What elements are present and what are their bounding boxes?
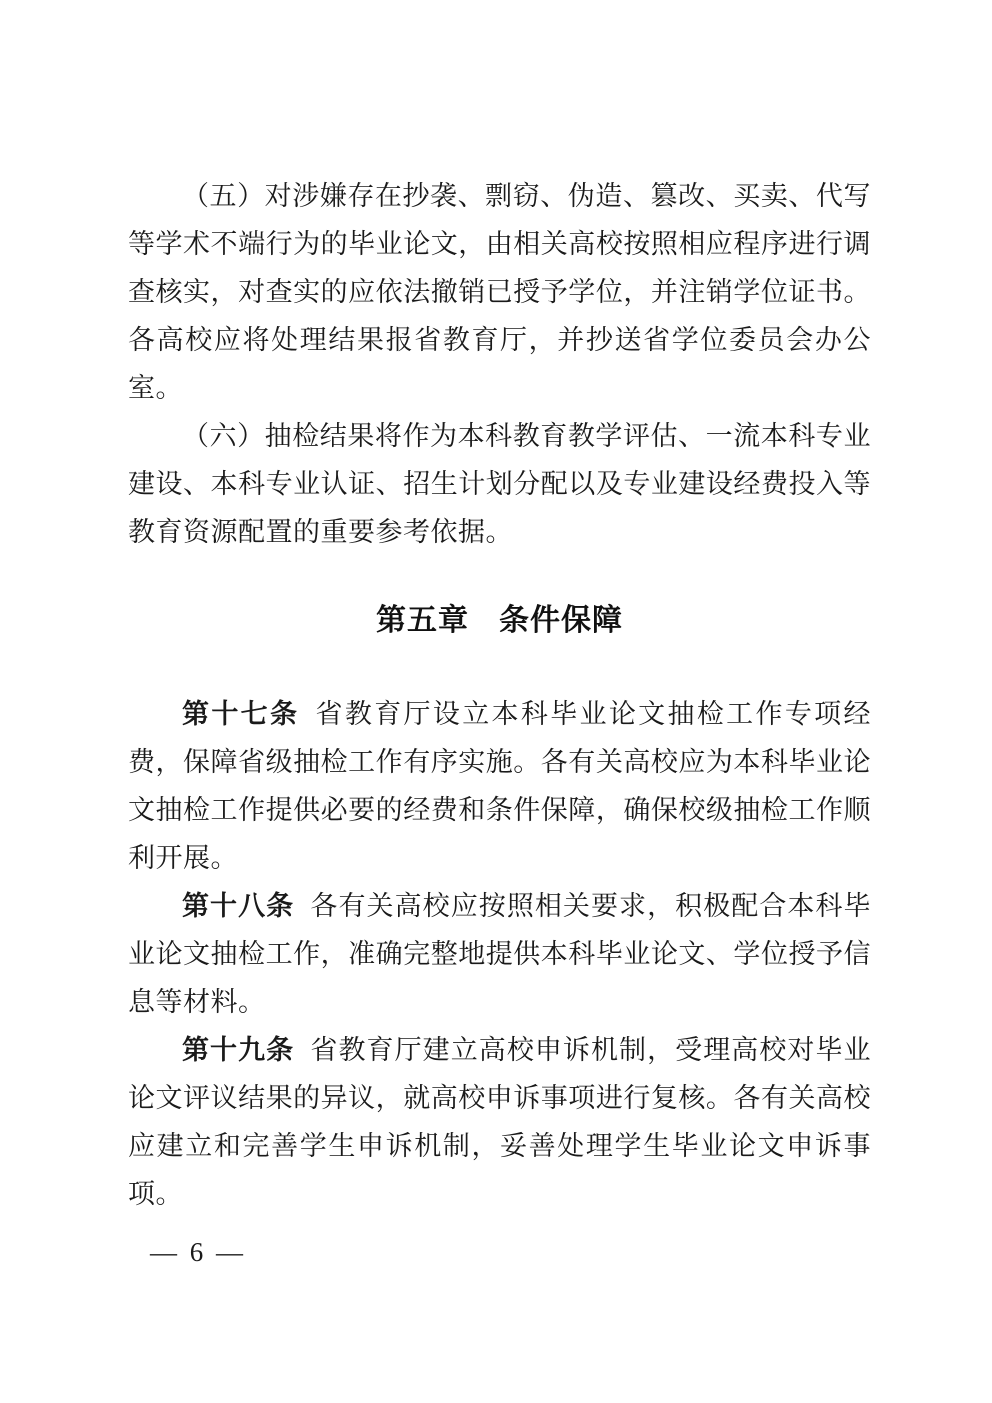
article-19-paragraph: 第十九条省教育厅建立高校申诉机制，受理高校对毕业论文评议结果的异议，就高校申诉事… bbox=[128, 1026, 871, 1218]
article-18-number: 第十八条 bbox=[182, 891, 294, 921]
chapter-title: 条件保障 bbox=[499, 604, 623, 637]
clause-5-paragraph: （五）对涉嫌存在抄袭、剽窃、伪造、篡改、买卖、代写等学术不端行为的毕业论文，由相… bbox=[128, 172, 871, 412]
article-17-paragraph: 第十七条省教育厅设立本科毕业论文抽检工作专项经费，保障省级抽检工作有序实施。各有… bbox=[128, 690, 871, 882]
document-body: （五）对涉嫌存在抄袭、剽窃、伪造、篡改、买卖、代写等学术不端行为的毕业论文，由相… bbox=[128, 172, 871, 1218]
page-number: — 6 — bbox=[150, 1234, 246, 1270]
article-17-number: 第十七条 bbox=[182, 699, 299, 729]
chapter-number: 第五章 bbox=[376, 604, 469, 637]
document-page: （五）对涉嫌存在抄袭、剽窃、伪造、篡改、买卖、代写等学术不端行为的毕业论文，由相… bbox=[0, 0, 992, 1403]
article-19-number: 第十九条 bbox=[182, 1035, 294, 1065]
clause-6-paragraph: （六）抽检结果将作为本科教育教学评估、一流本科专业建设、本科专业认证、招生计划分… bbox=[128, 412, 871, 556]
article-18-paragraph: 第十八条各有关高校应按照相关要求，积极配合本科毕业论文抽检工作，准确完整地提供本… bbox=[128, 882, 871, 1026]
chapter-heading: 第五章条件保障 bbox=[128, 597, 871, 645]
